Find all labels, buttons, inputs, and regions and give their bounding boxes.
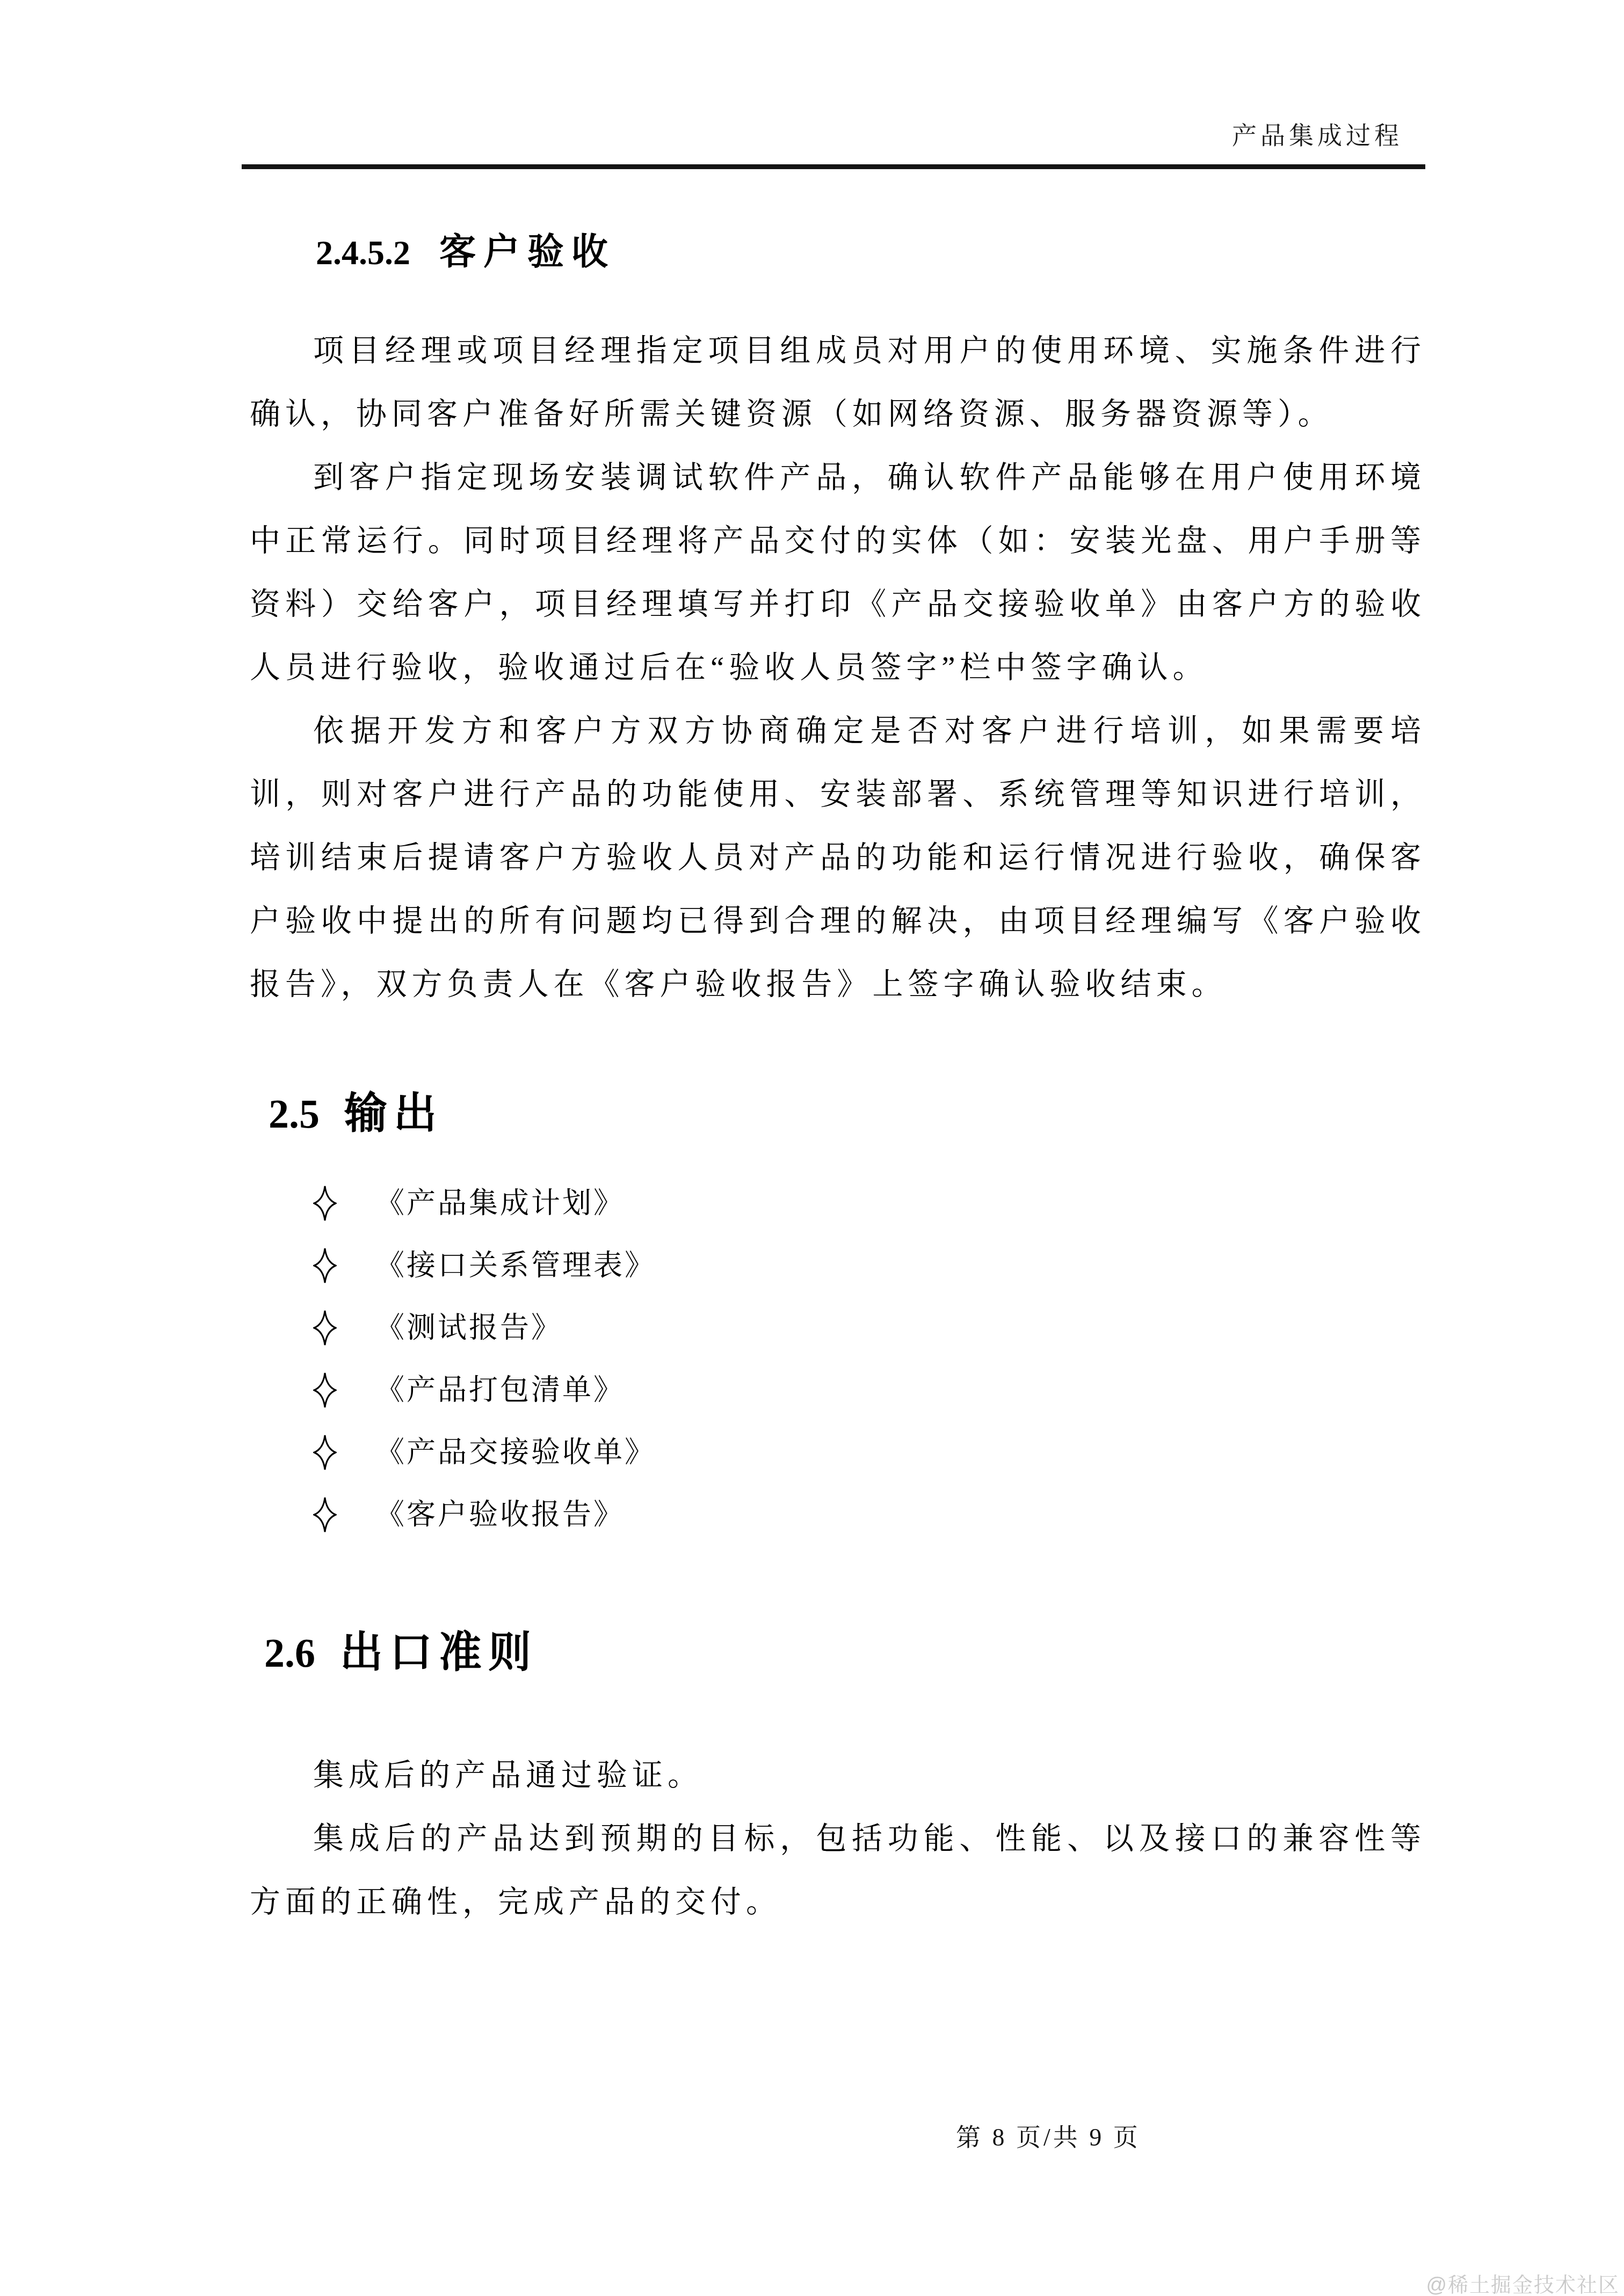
heading-number: 2.4.5.2 — [316, 234, 410, 272]
paragraph: 到客户指定现场安装调试软件产品，确认软件产品能够在用户使用环境中正常运行。同时项… — [250, 446, 1426, 700]
page-header-title: 产品集成过程 — [1232, 116, 1403, 151]
diamond-bullet-icon — [313, 1372, 337, 1408]
body-text-block: 项目经理或项目经理指定项目组成员对用户的使用环境、实施条件进行确认，协同客户准备… — [250, 319, 1426, 1016]
heading-exit-criteria: 2.6出口准则 — [264, 1617, 538, 1679]
watermark-text: @稀土掘金技术社区 — [1426, 2268, 1620, 2296]
list-item-label: 《产品交接验收单》 — [375, 1421, 656, 1484]
list-item: 《产品打包清单》 — [250, 1359, 1426, 1421]
header-rule — [242, 164, 1425, 169]
heading-number: 2.5 — [269, 1092, 320, 1137]
list-item: 《客户验收报告》 — [250, 1484, 1426, 1546]
list-item-label: 《客户验收报告》 — [375, 1484, 625, 1546]
heading-number: 2.6 — [264, 1631, 315, 1676]
list-item: 《接口关系管理表》 — [250, 1234, 1426, 1297]
paragraph: 项目经理或项目经理指定项目组成员对用户的使用环境、实施条件进行确认，协同客户准备… — [250, 319, 1426, 446]
diamond-bullet-icon — [313, 1434, 337, 1471]
list-item-label: 《产品集成计划》 — [375, 1172, 625, 1234]
list-item-label: 《测试报告》 — [375, 1297, 562, 1359]
page-number-indicator: 第 8 页/共 9 页 — [956, 2118, 1141, 2153]
exit-criteria-text-block: 集成后的产品通过验证。 集成后的产品达到预期的目标，包括功能、性能、以及接口的兼… — [250, 1744, 1426, 1934]
list-item: 《测试报告》 — [250, 1297, 1426, 1359]
list-item-label: 《接口关系管理表》 — [375, 1234, 656, 1297]
list-item: 《产品集成计划》 — [250, 1172, 1426, 1234]
heading-title: 输出 — [344, 1090, 443, 1137]
heading-output: 2.5输出 — [269, 1078, 443, 1140]
list-item-label: 《产品打包清单》 — [375, 1359, 625, 1421]
paragraph: 依据开发方和客户方双方协商确定是否对客户进行培训，如果需要培训，则对客户进行产品… — [250, 700, 1426, 1016]
diamond-bullet-icon — [313, 1185, 337, 1222]
diamond-bullet-icon — [313, 1247, 337, 1284]
diamond-bullet-icon — [313, 1496, 337, 1533]
paragraph: 集成后的产品达到预期的目标，包括功能、性能、以及接口的兼容性等方面的正确性，完成… — [250, 1807, 1426, 1934]
heading-title: 出口准则 — [340, 1629, 538, 1676]
heading-title: 客户验收 — [439, 231, 615, 272]
paragraph: 集成后的产品通过验证。 — [250, 1744, 1426, 1807]
list-item: 《产品交接验收单》 — [250, 1421, 1426, 1484]
document-page: 产品集成过程 2.4.5.2客户验收 项目经理或项目经理指定项目组成员对用户的使… — [0, 0, 1624, 2296]
heading-customer-acceptance: 2.4.5.2客户验收 — [316, 223, 615, 275]
output-document-list: 《产品集成计划》 《接口关系管理表》 《测试报告》 《产品打包清单》 《产品交接… — [250, 1172, 1426, 1546]
diamond-bullet-icon — [313, 1310, 337, 1346]
